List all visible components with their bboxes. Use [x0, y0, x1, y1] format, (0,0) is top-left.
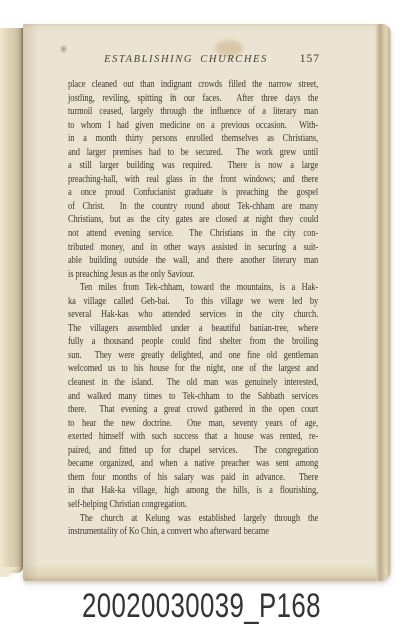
text-line: preaching-hall, with real glass in the f…: [68, 173, 318, 187]
text-line: became organized, and when a native prea…: [68, 457, 318, 471]
text-line: to whom I had given medicine on a previo…: [68, 119, 318, 133]
text-line: place cleaned out than indignant crowds …: [68, 78, 318, 92]
page-running-header: ESTABLISHING CHURCHES 157: [68, 54, 320, 69]
scanned-book-photo: ESTABLISHING CHURCHES 157 place cleaned …: [0, 0, 403, 640]
text-line: a still larger building was required. Th…: [68, 159, 318, 173]
text-line: a once proud Confucianist graduate is pr…: [68, 186, 318, 200]
text-line: of Christ. In the country round about Te…: [68, 200, 318, 214]
text-line: The villagers assembled under a beautifu…: [68, 322, 318, 336]
text-line: Christians, but as the city gates are cl…: [68, 213, 318, 227]
text-line: cleanest in the island. The old man was …: [68, 376, 318, 390]
text-line: Ten miles from Tek-chham, toward the mou…: [68, 281, 318, 295]
text-line: ka village called Geh-bai. To this villa…: [68, 295, 318, 309]
text-line: welcomed us to his house for the night, …: [68, 362, 318, 376]
text-line: The church at Kelung was established lar…: [68, 512, 318, 526]
page-body-text: place cleaned out than indignant crowds …: [68, 78, 318, 539]
page-number: 157: [300, 53, 320, 65]
text-line: instrumentality of Ko Chin, a convert wh…: [68, 525, 318, 539]
text-line: not attend evening service. The Christia…: [68, 227, 318, 241]
text-line: exerted himself with such success that a…: [68, 430, 318, 444]
artifact-id-label: 20020030039_P168: [48, 587, 354, 626]
running-title: ESTABLISHING CHURCHES: [68, 54, 304, 65]
text-line: sun. They were greatly delighted, and on…: [68, 349, 318, 363]
paper-speck: [61, 46, 66, 52]
text-line: is preaching Jesus as the only Saviour.: [68, 268, 318, 282]
text-line: in that Hak-ka village, high among the h…: [68, 484, 318, 498]
text-line: turmoil ceased, largely through the infl…: [68, 105, 318, 119]
text-line: self-helping Christian congregation.: [68, 498, 318, 512]
text-line: to hear the new doctrine. One man, seven…: [68, 417, 318, 431]
text-line: there. That evening a great crowd gather…: [68, 403, 318, 417]
text-line: paired, and fitted up for chapel service…: [68, 444, 318, 458]
book-pages-edge: [0, 28, 23, 573]
text-line: and walked many times to Tek-chham to th…: [68, 390, 318, 404]
text-line: in a month thirty persons enrolled thems…: [68, 132, 318, 146]
text-line: jostling, reviling, spitting in our face…: [68, 92, 318, 106]
text-line: able building outside the wall, and ther…: [68, 254, 318, 268]
text-line: tributed money, and in other ways assist…: [68, 241, 318, 255]
text-line: them four months of his salary was paid …: [68, 471, 318, 485]
text-line: several Hak-kas who attended services in…: [68, 308, 318, 322]
book-page: ESTABLISHING CHURCHES 157 place cleaned …: [23, 24, 391, 581]
text-line: fully a thousand people could find shelt…: [68, 335, 318, 349]
text-line: and larger premises had to be secured. T…: [68, 146, 318, 160]
